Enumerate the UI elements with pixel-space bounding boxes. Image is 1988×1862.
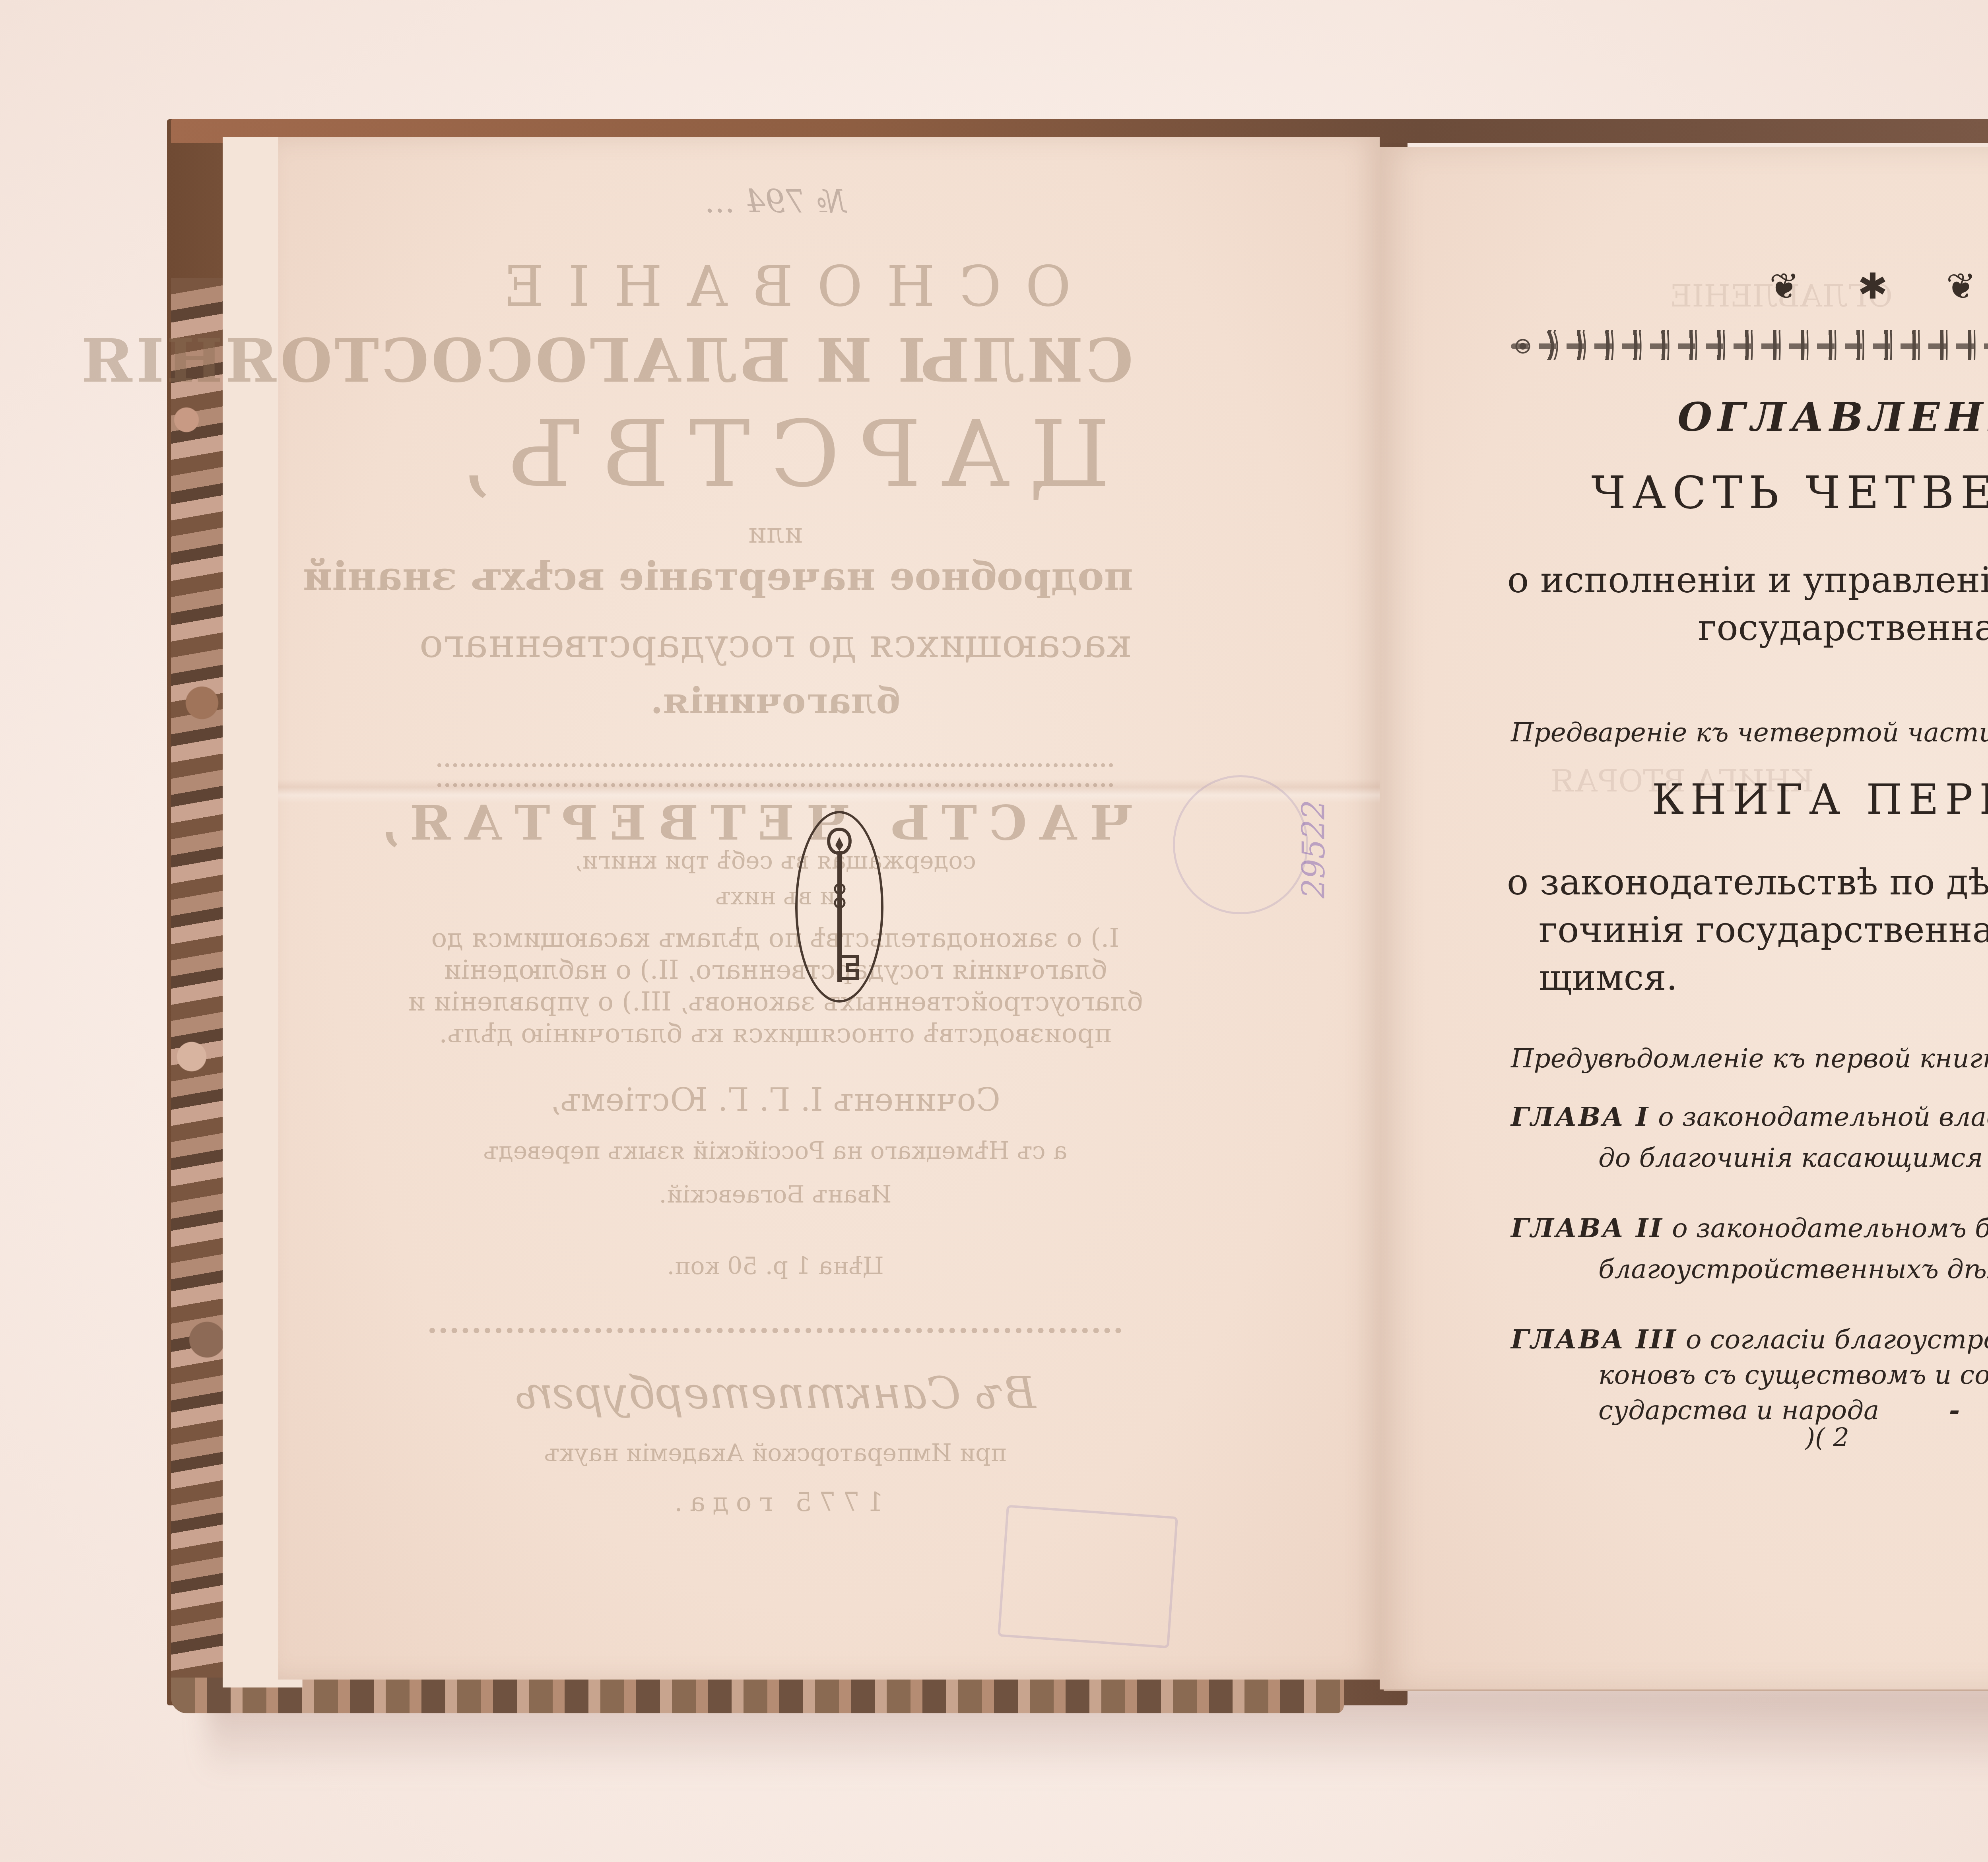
marbled-cover-edge [171, 278, 223, 1693]
book-subtitle: о законодательствѣ по дѣламъ до бла- гоч… [1507, 859, 1988, 1002]
mirrored-ornament-band [437, 763, 1113, 787]
mirrored-ornament-rule [429, 1328, 1121, 1345]
toc-entry-continued: сударства и народа - - - - 69 [1598, 1393, 1988, 1457]
toc-entry-preface: Предвареніе къ четвертой части - - - 3 [1511, 716, 1988, 779]
mirrored-imprint-city: Въ Санктпетербургѣ [417, 1367, 1133, 1418]
mirrored-title-line: касающихся до государственнаго [417, 620, 1133, 667]
chapter-label: ГЛАВА II [1511, 1212, 1664, 1243]
mirrored-title-line: или [417, 517, 1133, 549]
mirrored-translator-line: а съ Нѣмецкаго на Россійскій языкъ перев… [417, 1137, 1133, 1165]
library-box-stamp [998, 1505, 1178, 1648]
mirrored-title-line: СИЛЫ И БЛАГОСОСТОЯНІЯ [417, 326, 1133, 396]
toc-entry-continued: до благочинія касающимся - - - 29 [1598, 1141, 1988, 1204]
fleuron-icon: ❦ [1946, 266, 1976, 307]
handwritten-note: № 794 ... [398, 183, 1153, 220]
violet-margin-note: 29522 [1296, 755, 1344, 898]
mirrored-title-line: и въ нихъ [417, 883, 1133, 910]
toc-entry-continued: благоустройственныхъ дѣлахъ - - 45 [1598, 1252, 1988, 1315]
toc-entry: ГЛАВА II о законодательномъ благоразуміи… [1511, 1212, 1988, 1243]
toc-entry-continued: коновъ съ существомъ и состояніемъ го- [1598, 1360, 1988, 1390]
asterisk-icon: ✱ [1858, 266, 1887, 307]
chapter-label: ГЛАВА I [1511, 1101, 1650, 1132]
toc-entry: ГЛАВА I о законодательной власти по дѣла… [1511, 1101, 1988, 1132]
head-ornament: ❦ ✱ ❦ [1769, 268, 1976, 304]
mirrored-title-line: ОСНОВАНІЕ [417, 254, 1133, 319]
key-stamp-icon [795, 811, 883, 1003]
signature-mark: )( 2 [1805, 1423, 1849, 1453]
library-stamp-faded [1173, 775, 1308, 914]
mirrored-author-line: Сочиненъ I. Г. Г. Юстіемъ, [417, 1081, 1133, 1118]
toc-entry: Предувѣдомленіе къ первой книгѣ - - - 23 [1511, 1042, 1988, 1105]
book-title: КНИГА ПЕРВАЯ [1511, 775, 1988, 824]
mirrored-title-line: содержащая въ себѣ три книги, [417, 847, 1133, 875]
mirrored-title-line: ЧАСТЬ ЧЕТВЕРТАЯ, [417, 795, 1133, 851]
mirrored-imprint-publisher: при Императорской Академіи наукъ [417, 1439, 1133, 1467]
mirrored-price: Цѣна 1 р. 50 коп. [417, 1252, 1133, 1280]
toc-entry: ГЛАВА III о согласіи благоустройственных… [1511, 1324, 1988, 1355]
mirrored-title-line: благочинія. [417, 680, 1133, 722]
mirrored-title-line: ЦАРСТВЪ, [417, 401, 1133, 508]
part-title: ЧАСТЬ ЧЕТВЕРТАЯ [1511, 467, 1988, 519]
mirrored-contents-paragraph: I.) о законодательствѣ по дѣламъ касающи… [398, 922, 1153, 1049]
toc-title: ОГЛАВЛЕНІЕ. [1511, 394, 1988, 440]
mirrored-title-line: подробное начертаніе всѣхъ знаній [417, 553, 1133, 599]
ornamental-band [1511, 330, 1988, 360]
chapter-label: ГЛАВА III [1511, 1324, 1677, 1355]
part-subtitle: о исполненіи и управленіи благочинія гос… [1507, 557, 1988, 652]
mirrored-translator-name: Иванъ Богаевскій. [417, 1181, 1133, 1208]
fleuron-icon: ❦ [1769, 266, 1799, 307]
marbled-bottom-edge [171, 1678, 1344, 1713]
